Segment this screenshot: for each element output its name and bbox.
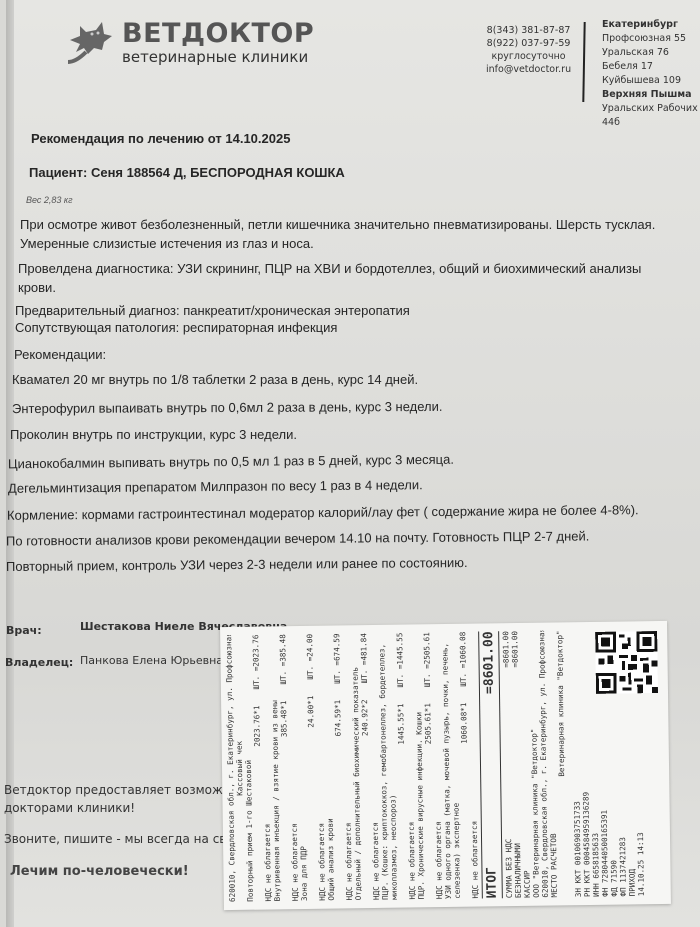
- receipt-item: Повторный прием 1-го Шестаковой2023.76*1…: [242, 634, 273, 901]
- doctor-label: Врач:: [6, 624, 42, 637]
- cash-receipt: 620010, Свердловская обл., г. Екатеринбу…: [220, 621, 671, 910]
- weight-note: Вес 2,83 кг: [26, 195, 73, 205]
- header-divider: [582, 22, 585, 102]
- phone-1: 8(343) 381-87-87: [486, 24, 571, 37]
- qr-code-icon: [595, 631, 658, 694]
- owner-label: Владелец:: [5, 656, 73, 669]
- patient-line: Пациент: Сеня 188564 Д, БЕСПОРОДНАЯ КОШК…: [29, 165, 345, 180]
- recommendation-item: Проколин внутрь по инструкции, курс 3 не…: [10, 426, 297, 444]
- footer-text-3: Звоните, пишите - мы всегда на св: [4, 832, 226, 846]
- receipt-item: УЗИ одного органа (матка, мочевой пузырь…: [440, 632, 480, 899]
- diagnostics-line-1: Провелдена диагностика: УЗИ скрининг, ПЦ…: [18, 260, 641, 278]
- brand-name: ВЕТДОКТОР: [122, 20, 314, 48]
- address-line: Куйбышева 109: [602, 74, 700, 88]
- receipt-item: Зона для ПДР24.00*1ШТ. =24.00НДС не обла…: [296, 634, 327, 901]
- address-line: Профсоюзная 55: [602, 32, 700, 46]
- cashless-label: БЕЗНАЛИЧНЫМИ: [513, 843, 523, 898]
- receipt-item: Внутривенная инъекция / взятие крови из …: [269, 634, 300, 901]
- recommendation-item: Дегельминтизация препаратом Милпразон по…: [8, 476, 423, 498]
- footer-text-2: докторами клиники!: [4, 801, 135, 815]
- clinic-logo: ВЕТДОКТОР ветеринарные клиники: [66, 18, 314, 68]
- address-line: Уральская 76: [602, 46, 700, 60]
- receipt-total: ИТОГ =8601.00: [478, 631, 503, 898]
- contacts-block: 8(343) 381-87-87 8(922) 037-97-59 кругло…: [486, 24, 571, 76]
- addresses-block: Екатеринбург Профсоюзная 55 Уральская 76…: [602, 18, 700, 130]
- receipt-item: ПЦР. (Кошке: криптококкоз, гемобартонелл…: [377, 632, 417, 899]
- receipt-item: ПЦР. Хронические вирусные инфекции. Кошк…: [413, 632, 444, 899]
- recommendation-item: Квамател 20 мг внутрь по 1/8 таблетки 2 …: [12, 371, 418, 389]
- owner-name: Панкова Елена Юрьевна: [80, 654, 223, 667]
- receipt-item: Отдельный / дополнительный биохимический…: [350, 633, 381, 900]
- recommendations-heading: Рекомендации:: [14, 346, 106, 364]
- address-city: Верхняя Пышма: [602, 88, 700, 102]
- brand-subtitle: ветеринарные клиники: [122, 48, 314, 66]
- address-line: Уральских Рабочих 44б: [602, 102, 700, 130]
- cat-icon: [66, 18, 118, 68]
- receipt-items: Повторный прием 1-го Шестаковой2023.76*1…: [242, 632, 480, 902]
- slogan: Лечим по-человечески!: [10, 864, 189, 879]
- footer-text-1: Ветдоктор предоставляет возмож: [4, 783, 223, 797]
- exam-line-2: Умеренные слизистые истечения из глаз и …: [20, 235, 314, 253]
- phone-2: 8(922) 037-97-59: [486, 37, 571, 50]
- total-label: ИТОГ: [484, 867, 499, 899]
- document-title: Рекомендация по лечению от 14.10.2025: [31, 131, 290, 146]
- address-city: Екатеринбург: [602, 18, 700, 32]
- recommendation-item: По готовности анализов крови рекомендаци…: [6, 527, 589, 550]
- cashless-value: =8601.00: [510, 631, 520, 668]
- recommendation-item: Энтерофурил выпаивать внутрь по 0,6мл 2 …: [12, 398, 443, 418]
- receipt-item: Общий анализ крови674.59*1ШТ. =674.59НДС…: [323, 633, 354, 900]
- hours: круглосуточно: [486, 50, 571, 63]
- email: info@vetdoctor.ru: [486, 63, 571, 76]
- concomitant-pathology: Сопутствующая патология: респираторная и…: [15, 319, 337, 337]
- exam-line-1: При осмотре живот безболезненный, петли …: [20, 216, 655, 234]
- recommendation-item: Цианокобалмин выпивать внутрь по 0,5 мл …: [8, 451, 454, 474]
- no-vat-value: =8601.00: [501, 631, 511, 668]
- recommendation-item: Повторный прием, контроль УЗИ через 2-3 …: [6, 554, 468, 576]
- preliminary-diagnosis: Предварительный диагноз: панкреатит/хрон…: [15, 302, 410, 320]
- diagnostics-line-2: крови.: [18, 279, 56, 297]
- address-line: Бебеля 17: [602, 60, 700, 74]
- recommendation-item: Кормление: кормами гастроинтестинал моде…: [7, 501, 639, 525]
- total-value: =8601.00: [481, 631, 497, 694]
